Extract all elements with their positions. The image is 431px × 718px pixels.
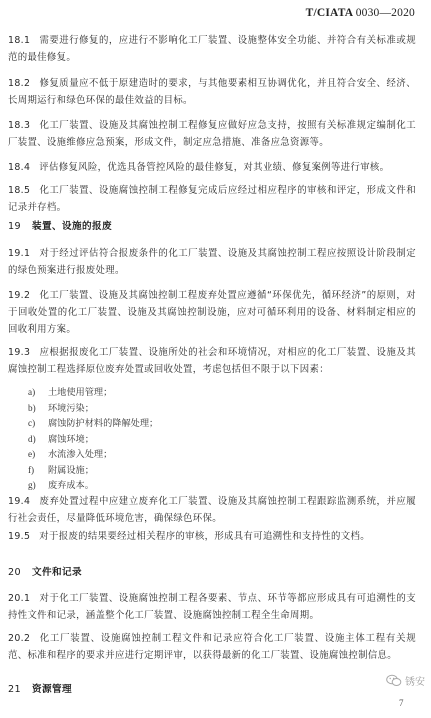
list-marker: f) [28, 463, 48, 479]
list-item: a)土地使用管理； [28, 385, 158, 401]
clause-19-1: 19.1对于经过评估符合报废条件的化工厂装置、设施及其腐蚀控制工程应按照设计阶段… [8, 245, 416, 279]
list-text: 废弃成本。 [48, 478, 94, 494]
list-text: 土地使用管理； [48, 385, 112, 401]
clause-number: 18.3 [8, 120, 30, 131]
clause-number: 19.2 [8, 290, 30, 301]
heading-title: 装置、设施的报废 [32, 221, 112, 232]
heading-title: 资源管理 [32, 684, 72, 695]
clause-19-3: 19.3应根据报废化工厂装置、设施所处的社会和环境情况，对相应的化工厂装置、设施… [8, 344, 416, 378]
clause-number: 19.3 [8, 347, 30, 358]
clause-19-5: 19.5对于报废的结果要经过相关程序的审核，形成具有可追溯性和支持性的文档。 [8, 528, 416, 545]
list-item: c)腐蚀防护材料的降解处理； [28, 416, 158, 432]
clause-20-2: 20.2化工厂装置、设施腐蚀控制工程文件和记录应符合化工厂装置、设施主体工程有关… [8, 630, 416, 664]
clause-18-4: 18.4评估修复风险，优选具备管控风险的最佳修复，对其业绩、修复案例等进行审核。 [8, 159, 416, 176]
list-marker: e) [28, 447, 48, 463]
clause-18-5: 18.5化工厂装置、设施腐蚀控制工程修复完成后应经过相应程序的审核和评定，形成文… [8, 182, 416, 216]
list-item: b)环境污染； [28, 401, 158, 417]
clause-text: 废弃处置过程中应建立废弃化工厂装置、设施及其腐蚀控制工程跟踪监测系统，并应履行社… [8, 496, 416, 524]
clause-text: 修复质量应不低于原建造时的要求，与其他要素相互协调优化，并且符合安全、经济、长周… [8, 78, 416, 106]
standard-code: T/CIATA 0030—2020 [306, 7, 415, 19]
list-text: 水流渗入处理； [48, 447, 112, 463]
list-item: g)废弃成本。 [28, 478, 158, 494]
clause-number: 19.1 [8, 248, 30, 259]
list-item: d)腐蚀环境； [28, 432, 158, 448]
list-marker: g) [28, 478, 48, 494]
clause-text: 对于化工厂装置、设施腐蚀控制工程各要素、节点、环节等都应形成具有可追溯性的支持性… [8, 593, 416, 621]
list-text: 附属设施； [48, 463, 94, 479]
section-heading-20: 20文件和记录 [8, 564, 82, 578]
list-item: e)水流渗入处理； [28, 447, 158, 463]
heading-number: 19 [8, 221, 21, 232]
clause-text: 需要进行修复的，应进行不影响化工厂装置、设施整体安全功能、并符合有关标准或规范的… [8, 35, 416, 63]
clause-number: 18.2 [8, 78, 30, 89]
clause-text: 化工厂装置、设施及其腐蚀控制工程修复应做好应急支持，按照有关标准规定编制化工厂装… [8, 120, 416, 148]
clause-18-3: 18.3化工厂装置、设施及其腐蚀控制工程修复应做好应急支持，按照有关标准规定编制… [8, 117, 416, 151]
clause-number: 18.1 [8, 35, 30, 46]
clause-text: 对于经过评估符合报废条件的化工厂装置、设施及其腐蚀控制工程应按照设计阶段制定的绿… [8, 248, 416, 276]
heading-number: 20 [8, 567, 21, 578]
heading-title: 文件和记录 [32, 567, 82, 578]
clause-text: 应根据报废化工厂装置、设施所处的社会和环境情况，对相应的化工厂装置、设施及其腐蚀… [8, 347, 416, 375]
section-heading-21: 21资源管理 [8, 681, 72, 695]
list-text: 腐蚀环境； [48, 432, 94, 448]
clause-number: 19.4 [8, 496, 30, 507]
clause-text: 化工厂装置、设施及其腐蚀控制工程废弃处置应遵循“环保优先，循环经济”的原则，对于… [8, 290, 416, 335]
list-marker: d) [28, 432, 48, 448]
list-text: 环境污染； [48, 401, 94, 417]
clause-number: 19.5 [8, 531, 30, 542]
standard-number: 0030—2020 [356, 7, 415, 19]
list-marker: b) [28, 401, 48, 417]
list-text: 腐蚀防护材料的降解处理； [48, 416, 158, 432]
clause-number: 20.2 [8, 633, 30, 644]
clause-20-1: 20.1对于化工厂装置、设施腐蚀控制工程各要素、节点、环节等都应形成具有可追溯性… [8, 590, 416, 624]
wechat-icon [386, 674, 402, 687]
section-heading-19: 19装置、设施的报废 [8, 218, 112, 232]
factor-list: a)土地使用管理； b)环境污染； c)腐蚀防护材料的降解处理； d)腐蚀环境；… [28, 385, 158, 494]
page-number: 7 [399, 698, 404, 708]
clause-number: 18.5 [8, 185, 30, 196]
watermark: 锈安 [386, 673, 425, 688]
clause-number: 20.1 [8, 593, 30, 604]
heading-number: 21 [8, 684, 21, 695]
clause-text: 评估修复风险，优选具备管控风险的最佳修复，对其业绩、修复案例等进行审核。 [39, 162, 389, 173]
clause-text: 对于报废的结果要经过相关程序的审核，形成具有可追溯性和支持性的文档。 [39, 531, 370, 542]
clause-18-1: 18.1需要进行修复的，应进行不影响化工厂装置、设施整体安全功能、并符合有关标准… [8, 32, 416, 66]
document-page: T/CIATA 0030—2020 18.1需要进行修复的，应进行不影响化工厂装… [0, 0, 431, 718]
clause-text: 化工厂装置、设施腐蚀控制工程文件和记录应符合化工厂装置、设施主体工程有关规范、标… [8, 633, 416, 661]
list-item: f)附属设施； [28, 463, 158, 479]
clause-19-2: 19.2化工厂装置、设施及其腐蚀控制工程废弃处置应遵循“环保优先，循环经济”的原… [8, 287, 416, 338]
watermark-text: 锈安 [405, 673, 425, 688]
list-marker: a) [28, 385, 48, 401]
clause-number: 18.4 [8, 162, 30, 173]
clause-18-2: 18.2修复质量应不低于原建造时的要求，与其他要素相互协调优化，并且符合安全、经… [8, 75, 416, 109]
standard-prefix: T/CIATA [306, 7, 353, 19]
list-marker: c) [28, 416, 48, 432]
clause-text: 化工厂装置、设施腐蚀控制工程修复完成后应经过相应程序的审核和评定，形成文件和记录… [8, 185, 416, 213]
clause-19-4: 19.4废弃处置过程中应建立废弃化工厂装置、设施及其腐蚀控制工程跟踪监测系统，并… [8, 493, 416, 527]
